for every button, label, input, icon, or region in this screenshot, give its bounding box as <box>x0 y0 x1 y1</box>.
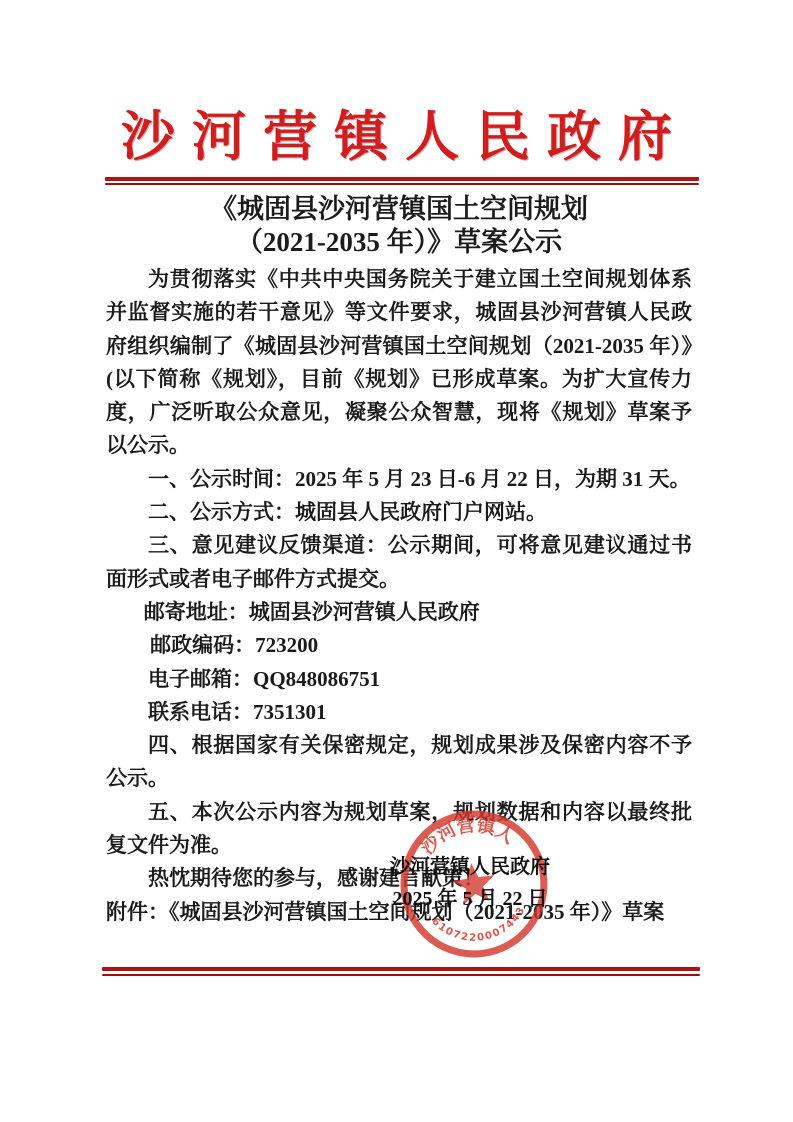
item-1-public-period: 一、公示时间：2025 年 5 月 23 日-6 月 22 日，为期 31 天。 <box>106 463 692 496</box>
document-page: 沙河营镇人民政府 《城固县沙河营镇国土空间规划 （2021-2035 年）》草案… <box>0 0 793 1122</box>
footer-rule-thick <box>102 967 700 971</box>
document-title: 《城固县沙河营镇国土空间规划 （2021-2035 年）》草案公示 <box>106 193 692 259</box>
document-title-line1: 《城固县沙河营镇国土空间规划 <box>106 193 692 226</box>
item-4-confidentiality: 四、根据国家有关保密规定，规划成果涉及保密内容不予公示。 <box>106 729 692 796</box>
mail-address-line: 邮寄地址：城固县沙河营镇人民政府 <box>106 596 692 629</box>
email-line: 电子邮箱：QQ848086751 <box>106 663 692 696</box>
item-3-feedback-channel: 三、意见建议反馈渠道：公示期间，可将意见建议通过书面形式或者电子邮件方式提交。 <box>106 529 692 596</box>
footer-rule-thin <box>102 974 700 976</box>
signature-org: 沙河营镇人民政府 <box>372 851 568 883</box>
document-title-line2: （2021-2035 年）》草案公示 <box>106 226 692 259</box>
phone-line: 联系电话：7351301 <box>106 696 692 729</box>
header-rule-thick <box>105 177 699 181</box>
item-2-public-method: 二、公示方式：城固县人民政府门户网站。 <box>106 496 692 529</box>
signature-block: 沙河营镇人民政府 2025 年 5 月 22 日 <box>372 851 568 915</box>
header-rule-thin <box>105 183 699 185</box>
letterhead-org-name: 沙河营镇人民政府 <box>60 94 733 171</box>
postal-code-line: 邮政编码：723200 <box>106 629 692 662</box>
signature-date: 2025 年 5 月 22 日 <box>372 883 568 915</box>
intro-paragraph: 为贯彻落实《中共中央国务院关于建立国土空间规划体系并监督实施的若干意见》等文件要… <box>106 263 692 463</box>
